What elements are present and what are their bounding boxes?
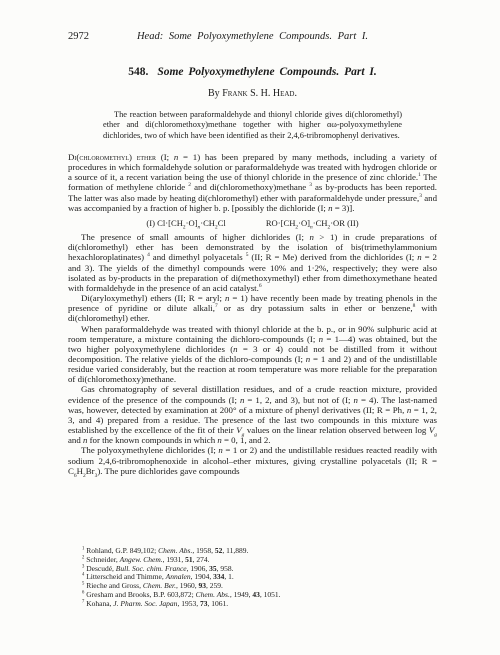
- page-number: 2972: [68, 31, 89, 42]
- footnotes: 1 Rohland, G.P. 849,102; Chem. Abs., 195…: [82, 547, 472, 608]
- formula-row: (I) Cl·[CH2·O]n·CH2Cl RO·[CH2·O]n·CH2·OR…: [68, 218, 437, 228]
- article-title: Some Polyoxymethylene Compounds. Part I.: [157, 66, 376, 78]
- paragraph-1: Di(chloromethyl) ether (I; n = 1) has be…: [68, 152, 437, 213]
- formula-II: RO·[CH2·O]n·CH2·OR (II): [266, 218, 359, 228]
- article-number: 548.: [128, 66, 148, 78]
- running-title: Head: Some Polyoxymethylene Compounds. P…: [68, 31, 437, 42]
- paragraph-5: Gas chromatography of several distillati…: [68, 384, 437, 445]
- paragraph-3: Di(aryloxymethyl) ethers (II; R = aryl; …: [68, 293, 437, 323]
- journal-page: 2972 Head: Some Polyoxymethylene Compoun…: [0, 0, 500, 655]
- paragraph-2: The presence of small amounts of higher …: [68, 232, 437, 293]
- page-header: 2972 Head: Some Polyoxymethylene Compoun…: [68, 31, 437, 42]
- article-body: Di(chloromethyl) ether (I; n = 1) has be…: [68, 152, 437, 476]
- formula-I: (I) Cl·[CH2·O]n·CH2Cl: [146, 218, 225, 228]
- byline: By Frank S. H. Head.: [68, 88, 437, 99]
- paragraph-4: When paraformaldehyde was treated with t…: [68, 324, 437, 385]
- footnote-7: 7 Kohana, J. Pharm. Soc. Japan, 1953, 73…: [82, 600, 472, 609]
- abstract: The reaction between paraformaldehyde an…: [103, 110, 402, 141]
- article-title-block: 548.Some Polyoxymethylene Compounds. Par…: [68, 66, 437, 78]
- paragraph-6: The polyoxymethylene dichlorides (I; n =…: [68, 445, 437, 475]
